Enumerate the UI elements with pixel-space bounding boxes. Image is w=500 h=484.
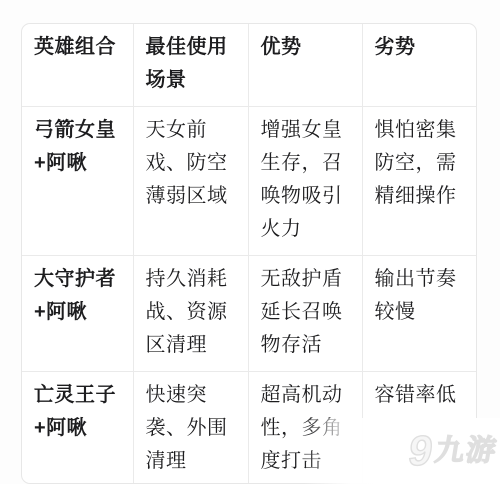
table-row: 弓箭女皇+阿啾 天女前戏、防空薄弱区域 增强女皇生存，召唤物吸引火力 惧怕密集防… (22, 107, 476, 256)
cell-scenario: 天女前戏、防空薄弱区域 (133, 107, 248, 256)
watermark-overlay: 9 九游 (304, 418, 500, 484)
cell-combo: 弓箭女皇+阿啾 (22, 107, 133, 256)
column-header-advantage: 优势 (248, 24, 362, 107)
column-header-disadvantage: 劣势 (362, 24, 476, 107)
jiuyou-watermark: 9 九游 (405, 430, 500, 472)
hero-combo-table-container: 英雄组合 最佳使用场景 优势 劣势 弓箭女皇+阿啾 天女前戏、防空薄弱区域 增强… (21, 23, 477, 484)
cell-combo: 大守护者+阿啾 (22, 256, 133, 372)
page: 英雄组合 最佳使用场景 优势 劣势 弓箭女皇+阿啾 天女前戏、防空薄弱区域 增强… (0, 0, 500, 484)
cell-combo: 亡灵王子+阿啾 (22, 372, 133, 484)
jiuyou-watermark-text: 九游 (433, 437, 500, 466)
cell-disadvantage: 惧怕密集防空，需精细操作 (362, 107, 476, 256)
table-header-row: 英雄组合 最佳使用场景 优势 劣势 (22, 24, 476, 107)
column-header-hero-combo: 英雄组合 (22, 24, 133, 107)
column-header-best-scenario: 最佳使用场景 (133, 24, 248, 107)
table-row: 大守护者+阿啾 持久消耗战、资源区清理 无敌护盾延长召唤物存活 输出节奏较慢 (22, 256, 476, 372)
hero-combo-table: 英雄组合 最佳使用场景 优势 劣势 弓箭女皇+阿啾 天女前戏、防空薄弱区域 增强… (22, 24, 476, 484)
jiuyou-logo-icon: 9 (405, 430, 435, 472)
cell-scenario: 快速突袭、外围清理 (133, 372, 248, 484)
cell-advantage: 增强女皇生存，召唤物吸引火力 (248, 107, 362, 256)
cell-advantage: 无敌护盾延长召唤物存活 (248, 256, 362, 372)
cell-scenario: 持久消耗战、资源区清理 (133, 256, 248, 372)
cell-disadvantage: 输出节奏较慢 (362, 256, 476, 372)
